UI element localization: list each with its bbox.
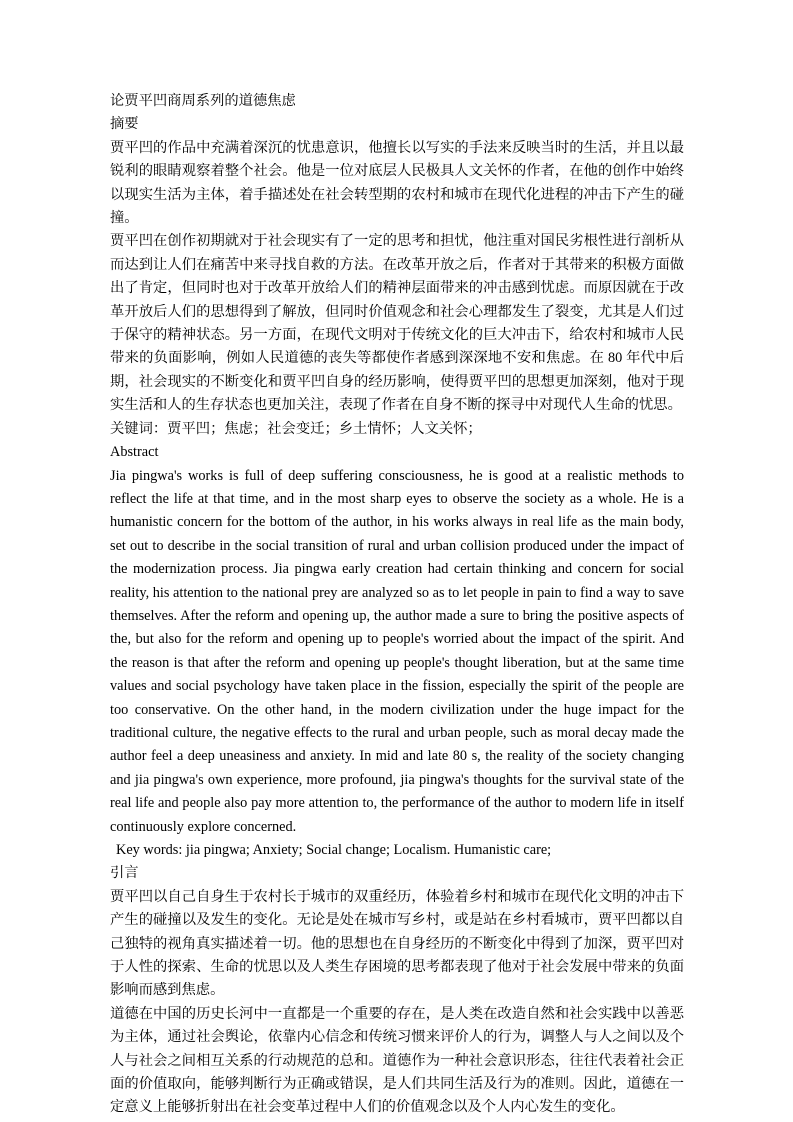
keywords-zh: 关键词：贾平凹；焦虑；社会变迁；乡土情怀；人文关怀； [110, 418, 684, 441]
abstract-en-heading: Abstract [110, 441, 684, 464]
abstract-zh-paragraph-2: 贾平凹在创作初期就对于社会现实有了一定的思考和担忧，他注重对国民劣根性进行剖析从… [110, 230, 684, 417]
introduction-paragraph-1: 贾平凹以自己自身生于农村长于城市的双重经历，体验着乡村和城市在现代化文明的冲击下… [110, 886, 684, 1003]
keywords-en: Key words: jia pingwa; Anxiety; Social c… [110, 839, 684, 862]
abstract-zh-heading: 摘要 [110, 113, 684, 136]
introduction-paragraph-2: 道德在中国的历史长河中一直都是一个重要的存在，是人类在改造自然和社会实践中以善恶… [110, 1003, 684, 1120]
abstract-zh-paragraph-1: 贾平凹的作品中充满着深沉的忧患意识，他擅长以写实的手法来反映当时的生活，并且以最… [110, 137, 684, 231]
introduction-heading: 引言 [110, 862, 684, 885]
document-page: 论贾平凹商周系列的道德焦虑 摘要 贾平凹的作品中充满着深沉的忧患意识，他擅长以写… [0, 0, 793, 1122]
abstract-en-paragraph: Jia pingwa's works is full of deep suffe… [110, 465, 684, 840]
document-title: 论贾平凹商周系列的道德焦虑 [110, 90, 684, 113]
